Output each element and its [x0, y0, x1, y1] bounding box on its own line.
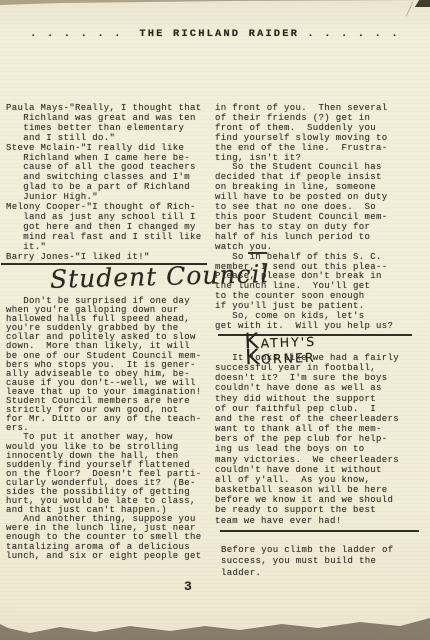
newspaper-page: . . . . . . THE RICHLAND RAIDER . . . . … — [0, 0, 430, 640]
kathys-korner-article: It looks like we had a fairly successful… — [215, 353, 399, 526]
student-quotes-list: Paula Mays-"Really, I thought that Richl… — [6, 104, 202, 263]
you-underline — [248, 252, 267, 254]
paper-crease — [406, 1, 413, 16]
ladder-quote: Before you climb the ladder of success, … — [221, 545, 394, 579]
student-council-article-continued: in front of you. Then several of their f… — [215, 104, 393, 332]
page-title: . . . . . . THE RICHLAND RAIDER . . . . … — [0, 28, 430, 40]
paper-corner-mark — [415, 0, 430, 7]
page-number: 3 — [184, 579, 192, 594]
student-council-article: Don't be surprised if one day when you'r… — [6, 297, 202, 561]
section-divider-right-bottom — [220, 530, 419, 532]
